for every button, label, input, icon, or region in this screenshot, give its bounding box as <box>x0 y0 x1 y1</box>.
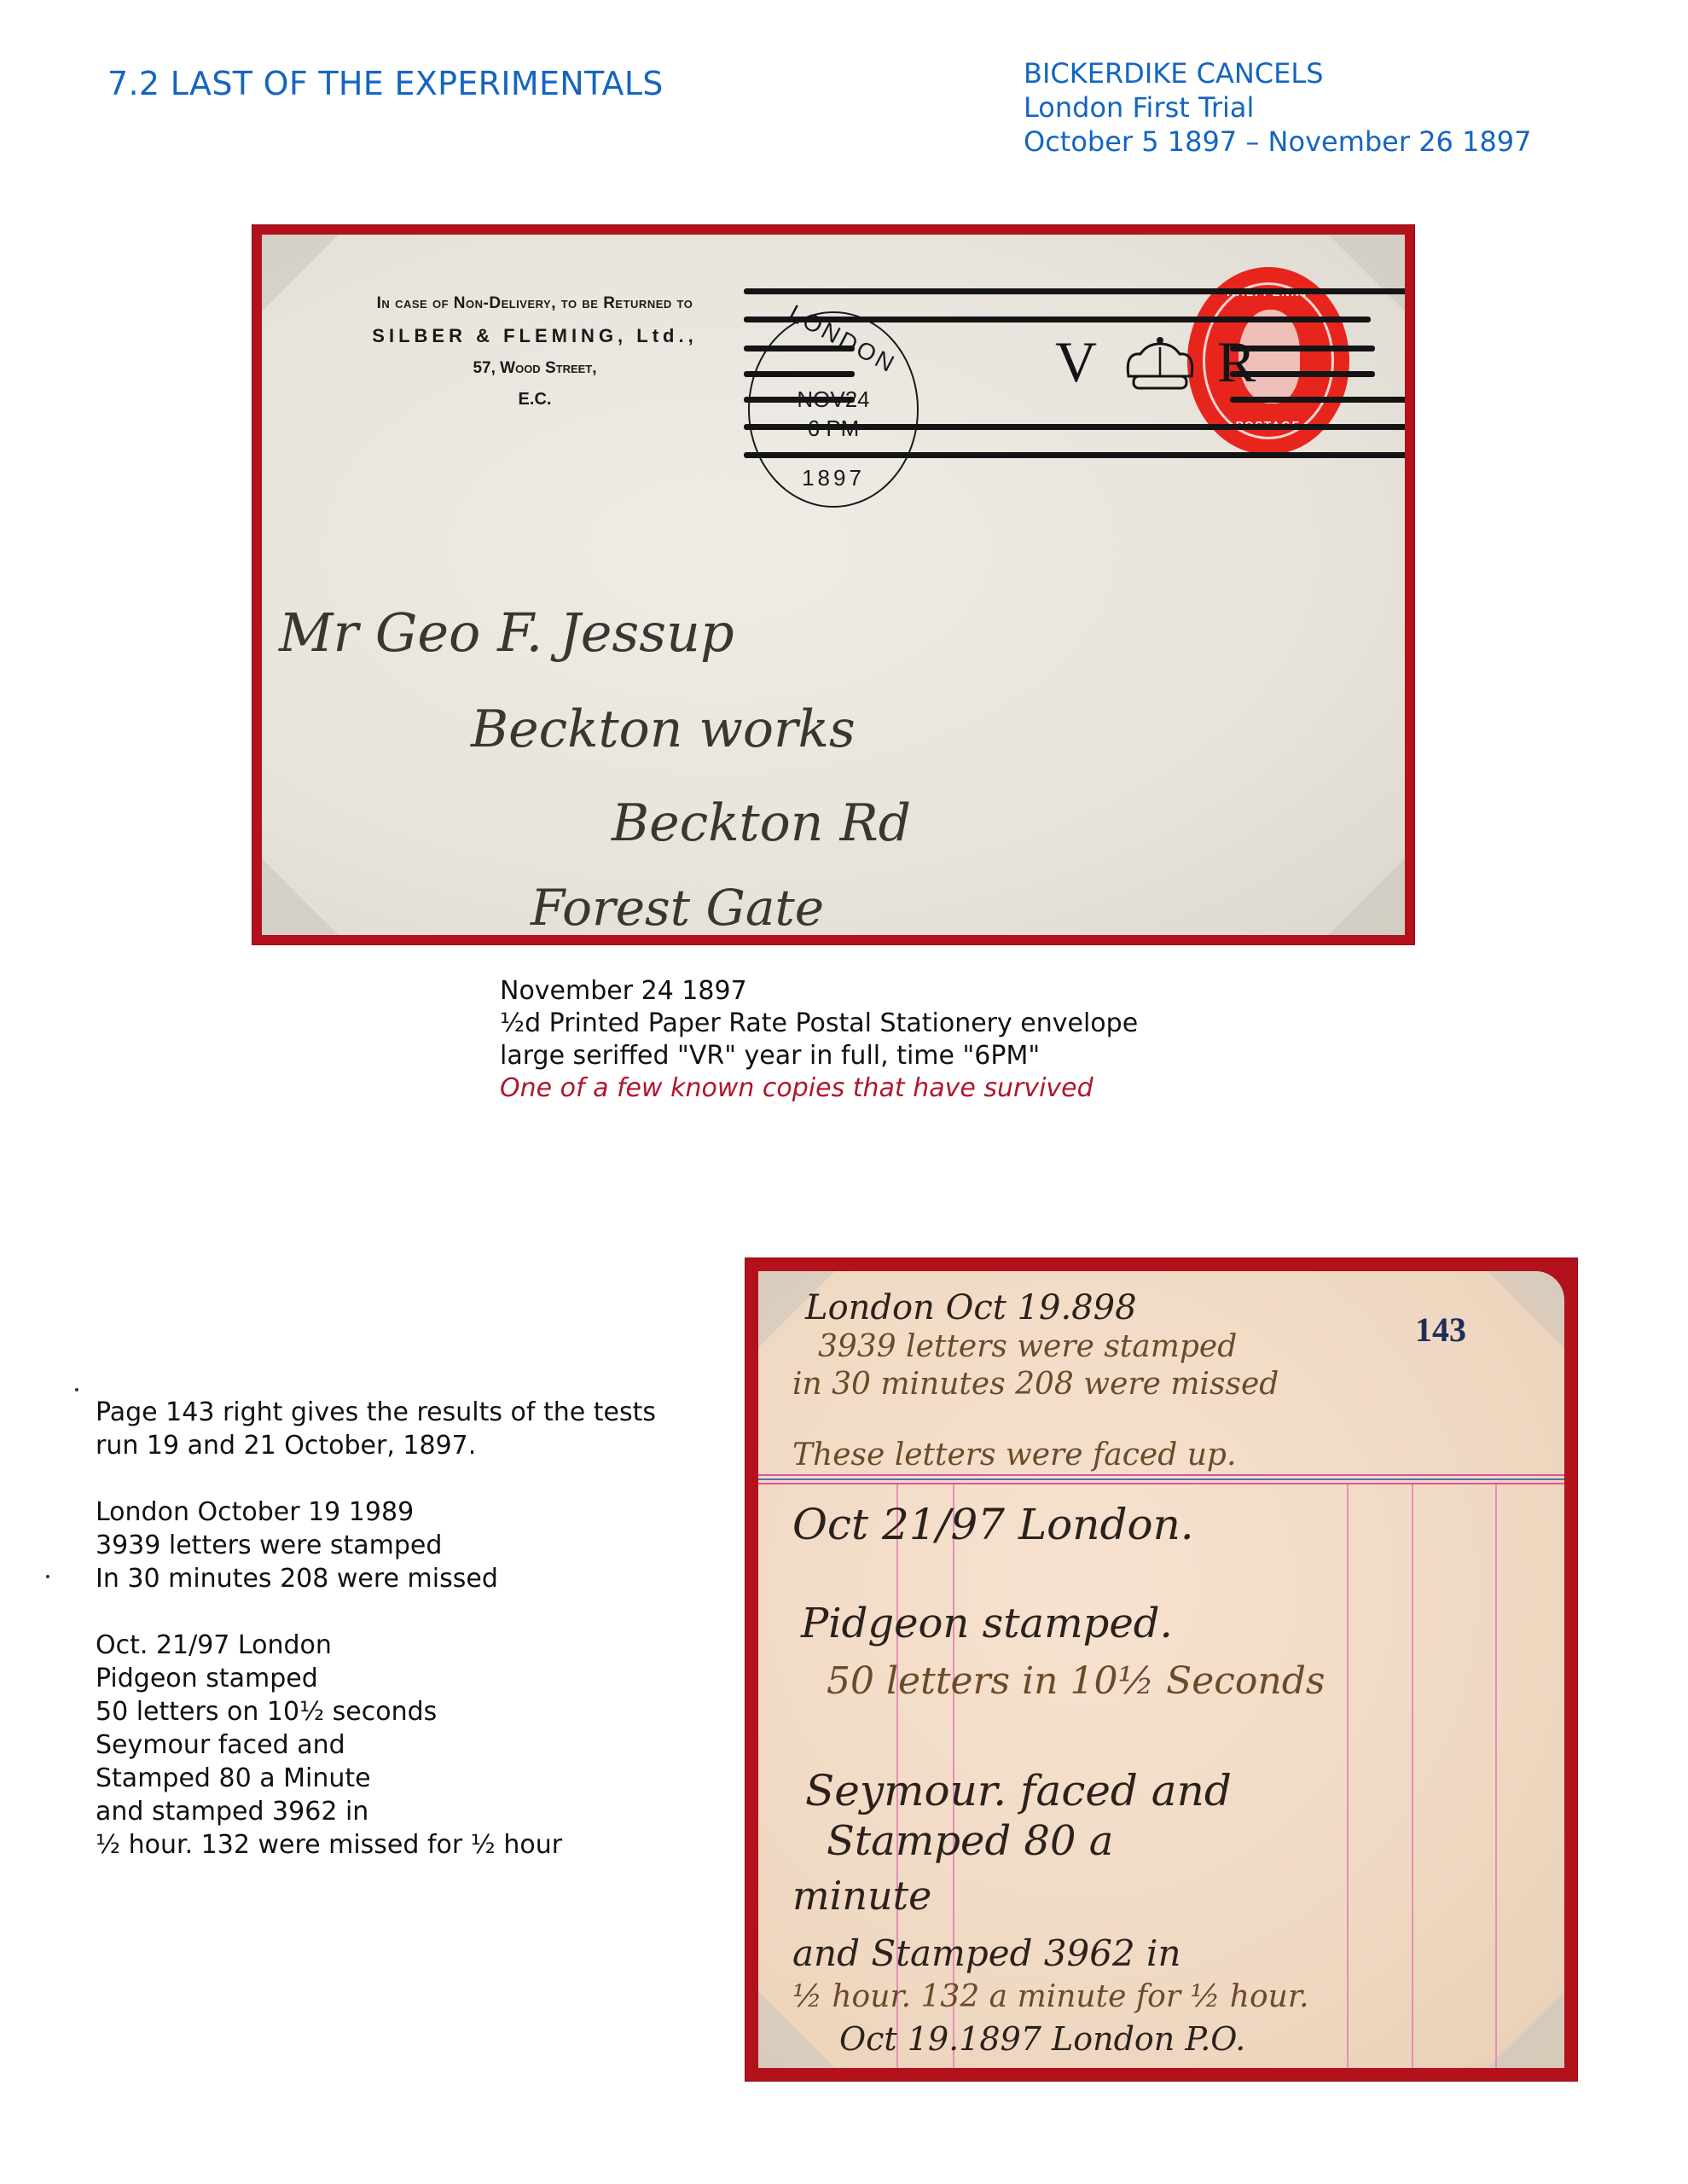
section-subtitle: BICKERDIKE CANCELS London First Trial Oc… <box>1024 56 1532 159</box>
ledger-column-rule <box>1347 1484 1349 2068</box>
cancel-bar <box>744 371 855 377</box>
postmark: LONDON NOV24 6 PM 1897 <box>748 311 919 508</box>
date-range: October 5 1897 – November 26 1897 <box>1024 125 1532 159</box>
explanatory-notes: Page 143 right gives the results of the … <box>96 1396 656 1862</box>
cancel-bar <box>744 424 1405 430</box>
handwritten-line: Oct 19.1897 London P.O. <box>839 2020 1245 2058</box>
handwritten-address-line: Beckton Rd <box>612 793 911 853</box>
rarity-note: One of a few known copies that have surv… <box>500 1072 1138 1105</box>
handwritten-line: in 30 minutes 208 were missed <box>792 1367 1279 1402</box>
handwritten-addressee: Mr Geo F. Jessup <box>279 601 734 664</box>
ledger-page-number: 143 <box>1415 1310 1466 1350</box>
photo-corner <box>1488 1991 1564 2068</box>
cancel-bar <box>744 288 1405 294</box>
notes-line: In 30 minutes 208 were missed <box>96 1562 656 1595</box>
envelope-image: In case of Non-Delivery, to be Returned … <box>262 235 1405 935</box>
return-address-line: SILBER & FLEMING, Ltd., <box>262 325 808 347</box>
return-address-line: E.C. <box>262 390 808 409</box>
ledger-column-rule <box>1495 1484 1497 2068</box>
notes-line: and stamped 3962 in <box>96 1795 656 1828</box>
envelope-mount: In case of Non-Delivery, to be Returned … <box>252 224 1415 945</box>
notes-line: 50 letters on 10½ seconds <box>96 1695 656 1728</box>
photo-corner <box>1488 1271 1564 1348</box>
notes-line: London October 19 1989 <box>96 1496 656 1529</box>
notes-line: Oct. 21/97 London <box>96 1629 656 1662</box>
handwritten-line: minute <box>792 1873 931 1919</box>
handwritten-line: and Stamped 3962 in <box>792 1932 1181 1974</box>
page-title: 7.2 LAST OF THE EXPERIMENTALS <box>107 65 664 102</box>
cancel-bar <box>744 317 1371 322</box>
caption-line: large seriffed "VR" year in full, time "… <box>500 1040 1138 1072</box>
handwritten-line: Pidgeon stamped. <box>801 1600 1173 1647</box>
subtitle-line: BICKERDIKE CANCELS <box>1024 56 1532 90</box>
ledger-page-image: 143 London Oct 19.898 3939 letters were … <box>758 1271 1564 2068</box>
notes-line: Page 143 right gives the results of the … <box>96 1396 656 1429</box>
caption-line: ½d Printed Paper Rate Postal Stationery … <box>500 1008 1138 1040</box>
handwritten-line: Stamped 80 a <box>827 1817 1113 1865</box>
photo-corner <box>1328 235 1405 311</box>
ledger-rule <box>758 1474 1564 1476</box>
notes-line: 3939 letters were stamped <box>96 1529 656 1562</box>
handwritten-line: 3939 letters were stamped <box>818 1329 1237 1364</box>
ledger-rule <box>758 1478 1564 1480</box>
speck <box>75 1388 78 1391</box>
handwritten-address-line: Beckton works <box>471 700 856 759</box>
notes-line: Stamped 80 a Minute <box>96 1762 656 1795</box>
speck <box>46 1575 49 1578</box>
handwritten-line: ½ hour. 132 a minute for ½ hour. <box>792 1979 1309 2014</box>
handwritten-line: These letters were faced up. <box>792 1438 1236 1472</box>
ledger-column-rule <box>1412 1484 1413 2068</box>
handwritten-address-line: Forest Gate <box>531 879 824 935</box>
return-address-line: In case of Non-Delivery, to be Returned … <box>262 294 808 313</box>
handwritten-line: Oct 21/97 London. <box>792 1500 1194 1549</box>
cancel-bar <box>744 346 855 351</box>
notes-line: Seymour faced and <box>96 1728 656 1762</box>
envelope-caption: November 24 1897 ½d Printed Paper Rate P… <box>500 975 1138 1105</box>
handwritten-line: 50 letters in 10½ Seconds <box>827 1659 1325 1703</box>
photo-corner <box>262 858 339 935</box>
notes-line: run 19 and 21 October, 1897. <box>96 1429 656 1462</box>
notes-line: ½ hour. 132 were missed for ½ hour <box>96 1828 656 1862</box>
crown-icon <box>1122 335 1198 395</box>
notes-line: Pidgeon stamped <box>96 1662 656 1695</box>
photo-corner <box>1328 858 1405 935</box>
return-address-line: 57, Wood Street, <box>262 359 808 378</box>
cancel-bar <box>744 397 855 403</box>
subtitle-line: London First Trial <box>1024 90 1532 125</box>
caption-line: November 24 1897 <box>500 975 1138 1008</box>
handwritten-line: London Oct 19.898 <box>805 1288 1137 1327</box>
cancel-bar <box>744 452 1405 458</box>
cancel-bar <box>1230 397 1405 403</box>
ledger-rule <box>758 1483 1564 1484</box>
cancel-letter-v: V <box>1055 328 1097 396</box>
return-address: In case of Non-Delivery, to be Returned … <box>262 294 808 409</box>
handwritten-line: Seymour. faced and <box>805 1766 1232 1815</box>
postmark-year: 1897 <box>748 465 919 491</box>
cancel-letter-r: R <box>1217 328 1256 396</box>
ledger-mount: 143 London Oct 19.898 3939 letters were … <box>745 1258 1578 2082</box>
